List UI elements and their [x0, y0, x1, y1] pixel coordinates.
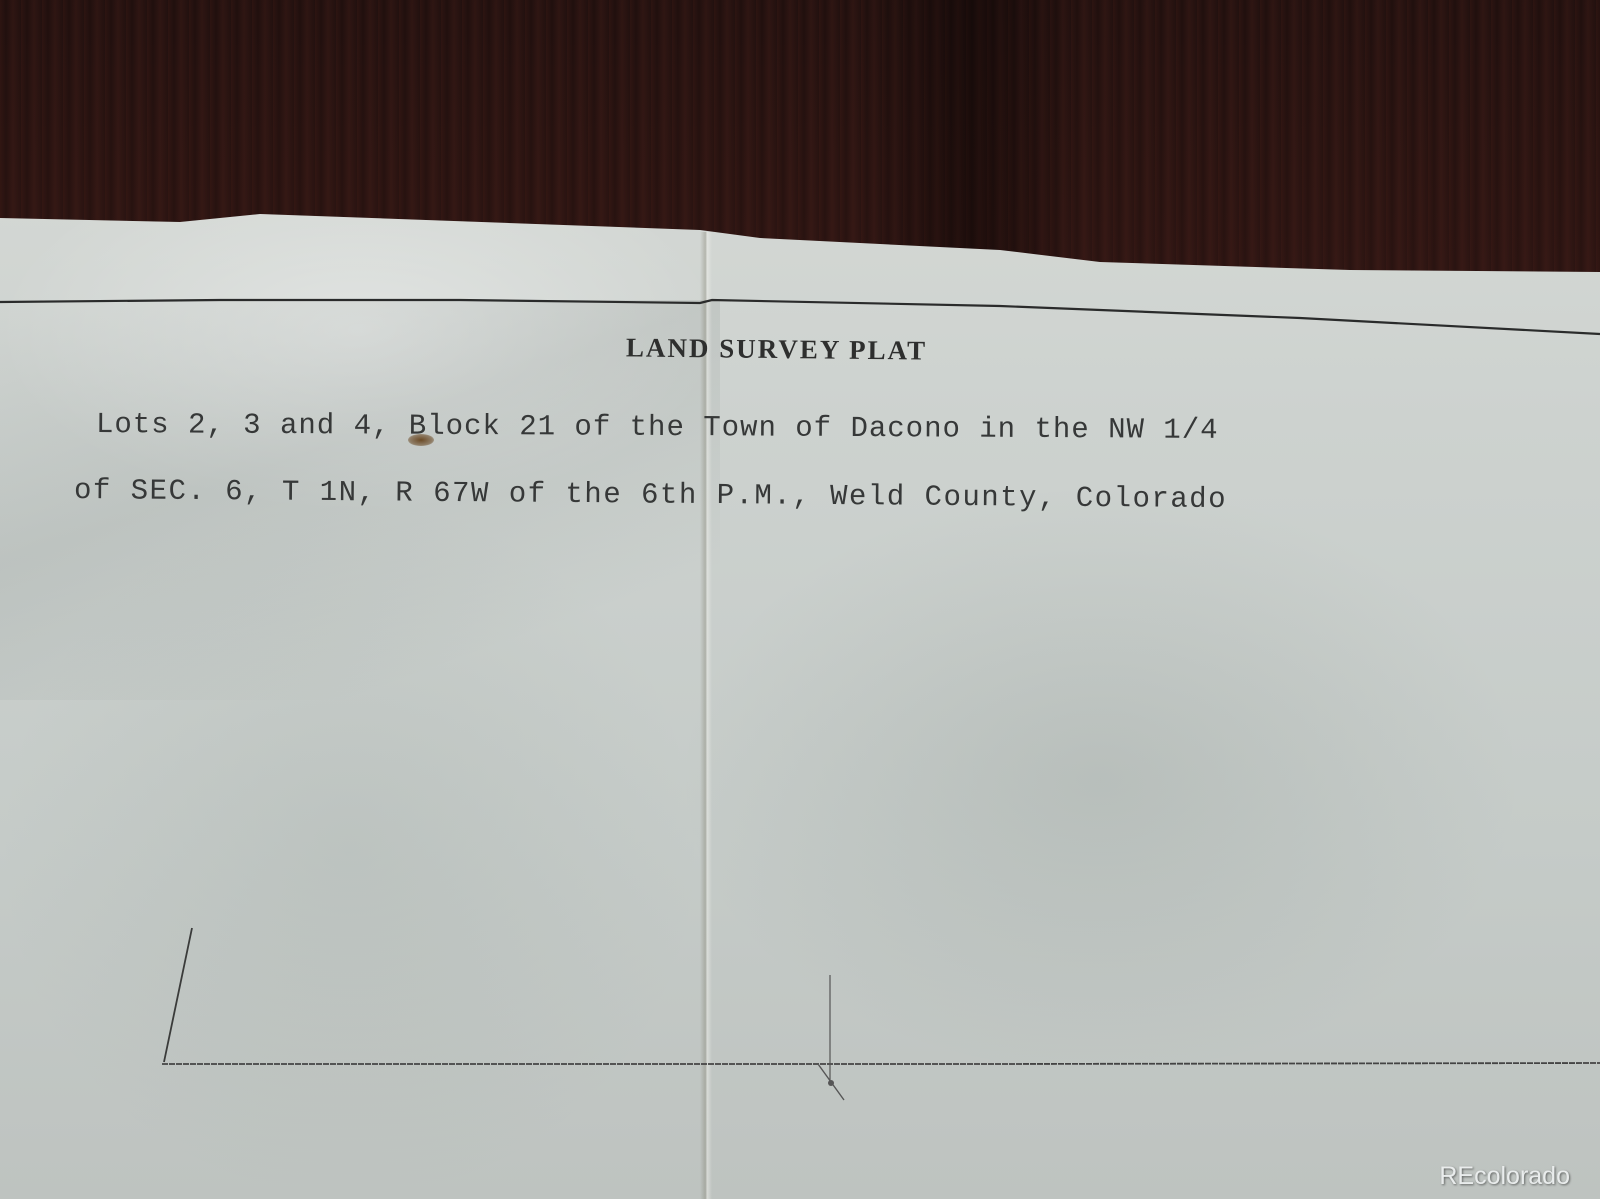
document-title: LAND SURVEY PLAT	[626, 332, 927, 366]
recolorado-watermark: REcolorado	[1439, 1162, 1570, 1191]
plat-drawing-lines	[0, 0, 1600, 1199]
legal-description-line-1: Lots 2, 3 and 4, Block 21 of the Town of…	[96, 408, 1219, 447]
